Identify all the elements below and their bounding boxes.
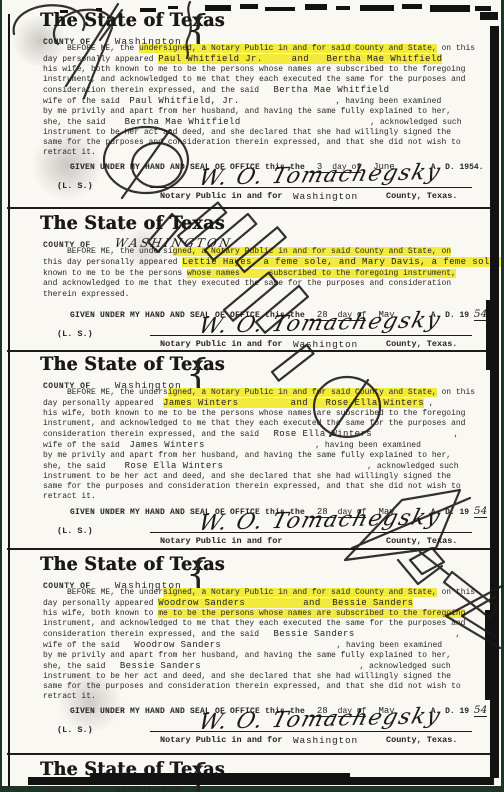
notary-label: Notary Public in and for [160, 536, 282, 546]
notary-tail: County, Texas. [386, 339, 457, 349]
typed-text: retract it. [43, 692, 96, 701]
typed-text: instrument, and acknowledged to me that … [43, 619, 465, 628]
signature-baseline [150, 335, 472, 336]
scan-edge-bottom [28, 777, 494, 785]
body-line: consideration therein expressed, and the… [43, 85, 477, 96]
typed-text: , acknowledged such [201, 662, 451, 671]
typed-name: Bertha Mae Whitfield [125, 117, 241, 127]
body-line: same for the purposes and consideration … [43, 482, 477, 492]
body-line: by me privily and apart from her husband… [43, 451, 477, 461]
year-handwritten: 54 [474, 505, 487, 518]
typed-name: Bertha Mae Whitfield [273, 85, 389, 95]
body-line: instrument to be her act and deed, and s… [43, 672, 477, 682]
body-line: instrument to be her act and deed, and s… [43, 472, 477, 482]
section-divider [7, 350, 493, 352]
typed-text: day personally appeared [43, 55, 158, 64]
typed-text: this day personally appeared [43, 258, 182, 267]
typed-text: consideration therein expressed, and the… [43, 86, 273, 95]
highlighted-text: signed, a Notary Public in and for said … [163, 588, 437, 597]
county-name: Washington [115, 785, 182, 792]
body-line: this day personally appeared Lettie Haye… [43, 257, 477, 268]
typed-text: day personally appeared [43, 599, 158, 608]
body-line: known to me to be the persons whose name… [43, 269, 477, 279]
typed-name: Rose Ella Winters [125, 461, 224, 471]
body-line: his wife, both known to me to be the per… [43, 609, 477, 619]
typed-name: Rose Ella Winters [273, 429, 372, 439]
acknowledgment-section-whitfield: The State of Texas { COUNTY OFWashington… [0, 13, 504, 209]
body-line: by me privily and apart from her husband… [43, 651, 477, 661]
typed-text: on this [437, 388, 475, 397]
typed-text: instrument to be her act and deed, and s… [43, 472, 451, 481]
typed-name: Paul Whitfield, Jr. [129, 96, 239, 106]
section-title: The State of Texas [40, 214, 225, 235]
notary-county: Washington [293, 735, 358, 746]
year-handwritten: 54 [474, 704, 487, 717]
notary-tail: County, Texas. [386, 536, 457, 546]
body-line: instrument, and acknowledged to me that … [43, 75, 477, 85]
body-line: BEFORE ME, the undersigned, a Notary Pub… [43, 247, 477, 257]
highlighted-text: me to be the persons whose names are sub… [158, 609, 465, 618]
typed-text: consideration therein expressed, and the… [43, 430, 273, 439]
body-line: she, the said Rose Ella Winters , acknow… [43, 461, 477, 472]
acknowledgment-text: BEFORE ME, the undersigned, a Notary Pub… [43, 247, 477, 300]
highlighted-text: gned, a Notary Public in and for said Co… [173, 247, 451, 256]
body-line: wife of the said James Winters , having … [43, 440, 477, 451]
typed-text: , acknowledged such [223, 462, 458, 471]
typed-text: she, the said [43, 662, 120, 671]
typed-text: his wife, both known to [43, 609, 158, 618]
acknowledgment-text: BEFORE ME, the undersigned, a Notary Pub… [43, 588, 477, 702]
typed-text: same for the purposes and consideration … [43, 482, 461, 491]
section-divider [7, 753, 493, 755]
typed-text: she, the said [43, 118, 125, 127]
typed-text: , having been examined [205, 441, 421, 450]
typed-text: instrument, and acknowledged to me that … [43, 75, 465, 84]
acknowledgment-section-winters: The State of Texas { COUNTY OFWashington… [0, 357, 504, 549]
typed-text: day personally appeared [43, 399, 163, 408]
body-line: his wife, both known to me to be the per… [43, 65, 477, 75]
body-line: wife of the said Woodrow Sanders , havin… [43, 640, 477, 651]
seal-label: (L. S.) [57, 725, 93, 735]
body-line: day personally appeared Woodrow Sanders … [43, 598, 477, 609]
scan-edge-bottom [90, 773, 350, 778]
body-line: consideration therein expressed, and the… [43, 629, 477, 640]
typed-text: instrument, and acknowledged to me that … [43, 419, 465, 428]
body-line: wife of the said Paul Whitfield, Jr. , h… [43, 96, 477, 107]
notary-county: Washington [293, 191, 358, 202]
typed-text: she, the said [43, 462, 125, 471]
body-line: consideration therein expressed, and the… [43, 429, 477, 440]
highlighted-text: undersigned, a Notary Public in and for … [139, 44, 437, 53]
body-line: instrument to be her act and deed, and s… [43, 128, 477, 138]
typed-text: by me privily and apart from her husband… [43, 107, 451, 116]
section-divider [7, 548, 493, 550]
signature-baseline [150, 187, 472, 188]
typed-text: BEFORE ME, the unders [43, 388, 168, 397]
scanned-document-page: { "colors": { "highlight": "#f2ea3d", "p… [0, 0, 504, 792]
signature-baseline [150, 532, 472, 533]
body-line: by me privily and apart from her husband… [43, 107, 477, 117]
typed-text: , [372, 430, 458, 439]
typed-text: BEFORE ME, the undersi [43, 247, 173, 256]
highlighted-text: James Winters and Rose Ella Winters [163, 398, 424, 408]
typed-text: his wife, both known to me to be the per… [43, 65, 465, 74]
typed-text: , [424, 399, 434, 408]
typed-text: same for the purposes and consideration … [43, 138, 461, 147]
body-line: same for the purposes and consideration … [43, 138, 477, 148]
acknowledgment-section-hayes-davis: The State of Texas COUNTY OFWASHINGTON B… [0, 216, 504, 350]
typed-text: instrument to be her act and deed, and s… [43, 672, 451, 681]
highlighted-text: igned, a Notary Public in and for said C… [168, 388, 437, 397]
highlighted-text: whose names subscribed to the foregoing … [187, 269, 456, 278]
typed-text: therein expressed. [43, 290, 129, 299]
body-line: BEFORE ME, the undersigned, a Notary Pub… [43, 44, 477, 54]
typed-text: consideration therein expressed, and the… [43, 630, 273, 639]
body-line: his wife, both known to me to be the per… [43, 409, 477, 419]
body-line: BEFORE ME, the undersigned, a Notary Pub… [43, 588, 477, 598]
typed-name: Bessie Sanders [273, 629, 354, 639]
signature-baseline [150, 731, 472, 732]
typed-text: retract it. [43, 148, 96, 157]
seal-label: (L. S.) [57, 526, 93, 536]
body-line: therein expressed. [43, 290, 477, 300]
acknowledgment-section-sanders: The State of Texas { COUNTY OFWashington… [0, 557, 504, 755]
section-divider [7, 207, 493, 209]
seal-label: (L. S.) [57, 181, 93, 191]
body-line: she, the said Bessie Sanders , acknowled… [43, 661, 477, 672]
typed-text: BEFORE ME, the under [43, 588, 163, 597]
seal-label: (L. S.) [57, 329, 93, 339]
typed-text: , acknowledged such [241, 118, 462, 127]
body-line: day personally appeared Paul Whitfield J… [43, 54, 477, 65]
typed-text: wife of the said [43, 641, 134, 650]
typed-name: Woodrow Sanders [134, 640, 221, 650]
typed-text: same for the purposes and consideration … [43, 682, 461, 691]
notary-tail: County, Texas. [386, 735, 457, 745]
body-line: retract it. [43, 492, 477, 502]
typed-text: , having been examined [221, 641, 442, 650]
typed-text: BEFORE ME, the [43, 44, 139, 53]
typed-text: by me privily and apart from her husband… [43, 651, 451, 660]
scan-edge-right [485, 610, 491, 700]
highlighted-text: Paul Whitfield Jr. and Bertha Mae Whitfi… [158, 54, 442, 64]
typed-text: and acknowledged to me that they execute… [43, 279, 451, 288]
typed-text: , [355, 630, 461, 639]
typed-text: wife of the said [43, 441, 129, 450]
typed-text: on this [437, 588, 475, 597]
notary-label: Notary Public in and for [160, 735, 282, 745]
highlighted-text: Lettie Hayes, a feme sole, and Mary Davi… [182, 257, 501, 267]
notary-label: Notary Public in and for [160, 339, 282, 349]
highlighted-text: Woodrow Sanders and Bessie Sanders [158, 598, 413, 608]
typed-text: his wife, both known to me to be the per… [43, 409, 465, 418]
body-line: BEFORE ME, the undersigned, a Notary Pub… [43, 388, 477, 398]
body-line: same for the purposes and consideration … [43, 682, 477, 692]
body-line: instrument, and acknowledged to me that … [43, 419, 477, 429]
typed-text: by me privily and apart from her husband… [43, 451, 451, 460]
scan-edge-right [486, 300, 491, 370]
body-line: she, the said Bertha Mae Whitfield , ack… [43, 117, 477, 128]
body-line: day personally appeared James Winters an… [43, 398, 477, 409]
typed-text: retract it. [43, 492, 96, 501]
typed-text: instrument to be her act and deed, and s… [43, 128, 451, 137]
typed-text: on this [437, 44, 475, 53]
county-label: COUNTY OF [43, 787, 91, 792]
typed-text: , having been examined [240, 97, 442, 106]
typed-name: James Winters [129, 440, 204, 450]
body-line: retract it. [43, 692, 477, 702]
acknowledgment-text: BEFORE ME, the undersigned, a Notary Pub… [43, 44, 477, 158]
scan-edge-right [490, 26, 499, 778]
scan-edge-left [8, 14, 10, 786]
typed-text: wife of the said [43, 97, 129, 106]
body-line: and acknowledged to me that they execute… [43, 279, 477, 289]
notary-county: Washington [293, 339, 358, 350]
body-line: retract it. [43, 148, 477, 158]
typed-text: known to me to be the persons [43, 269, 187, 278]
typed-name: Bessie Sanders [120, 661, 201, 671]
notary-tail: County, Texas. [386, 191, 457, 201]
notary-label: Notary Public in and for [160, 191, 282, 201]
body-line: instrument, and acknowledged to me that … [43, 619, 477, 629]
acknowledgment-text: BEFORE ME, the undersigned, a Notary Pub… [43, 388, 477, 502]
